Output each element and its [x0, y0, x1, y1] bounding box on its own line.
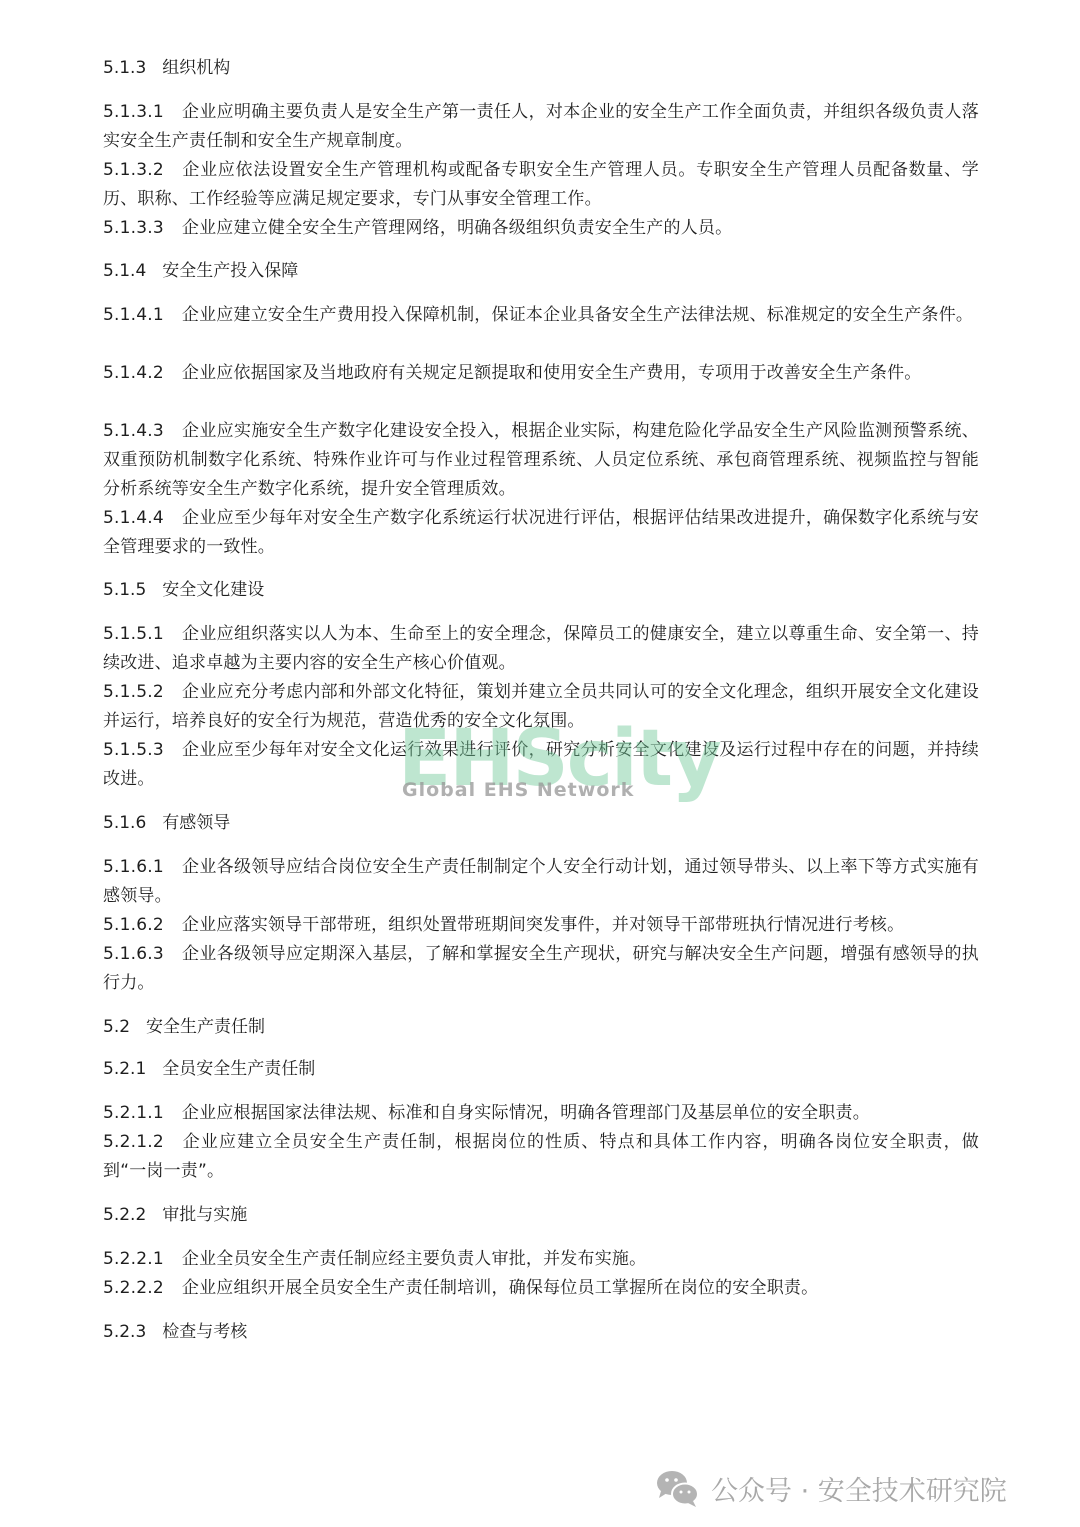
section-title: 审批与实施: [162, 1205, 247, 1225]
clause-text: 企业应明确主要负责人是安全生产第一责任人，对本企业的安全生产工作全面负责，并组织…: [103, 102, 979, 151]
clause-text: 企业应组织开展全员安全生产责任制培训，确保每位员工掌握所在岗位的安全职责。: [182, 1278, 818, 1298]
clause: 5.2.1.1企业应根据国家法律法规、标准和自身实际情况，明确各管理部门及基层单…: [103, 1099, 979, 1128]
clause-number: 5.1.6.1: [103, 857, 164, 877]
clause: 5.1.6.3企业各级领导应定期深入基层，了解和掌握安全生产现状，研究与解决安全…: [103, 940, 979, 998]
section-number: 5.1.5: [103, 578, 146, 602]
clause-number: 5.1.4.4: [103, 508, 164, 528]
section-heading: 5.2安全生产责任制: [103, 1015, 265, 1039]
clause: 5.1.4.2企业应依据国家及当地政府有关规定足额提取和使用安全生产费用，专项用…: [103, 359, 979, 388]
clause-text: 企业应落实领导干部带班，组织处置带班期间突发事件，并对领导干部带班执行情况进行考…: [182, 915, 904, 935]
clause: 5.1.3.2企业应依法设置安全生产管理机构或配备专职安全生产管理人员。专职安全…: [103, 156, 979, 214]
clause: 5.1.4.3企业应实施安全生产数字化建设安全投入，根据企业实际，构建危险化学品…: [103, 417, 979, 504]
clause: 5.1.4.4企业应至少每年对安全生产数字化系统运行状况进行评估，根据评估结果改…: [103, 504, 979, 562]
clause: 5.1.4.1企业应建立安全生产费用投入保障机制，保证本企业具备安全生产法律法规…: [103, 301, 979, 330]
clause-number: 5.1.5.2: [103, 682, 164, 702]
clause-text: 企业应充分考虑内部和外部文化特征，策划并建立全员共同认可的安全文化理念，组织开展…: [103, 682, 979, 731]
clause: 5.1.6.1企业各级领导应结合岗位安全生产责任制制定个人安全行动计划，通过领导…: [103, 853, 979, 911]
section-title: 安全文化建设: [162, 580, 264, 600]
section-heading: 5.2.3检查与考核: [103, 1320, 247, 1344]
clause-text: 企业应建立全员安全生产责任制，根据岗位的性质、特点和具体工作内容，明确各岗位安全…: [103, 1132, 979, 1181]
clause-number: 5.1.4.3: [103, 421, 164, 441]
clause: 5.1.3.3企业应建立健全安全生产管理网络，明确各级组织负责安全生产的人员。: [103, 214, 979, 243]
section-title: 检查与考核: [162, 1322, 247, 1342]
clause-text: 企业应组织落实以人为本、生命至上的安全理念，保障员工的健康安全，建立以尊重生命、…: [103, 624, 979, 673]
section-title: 安全生产责任制: [146, 1017, 265, 1037]
clause-number: 5.1.5.3: [103, 740, 164, 760]
clause: 5.1.5.2企业应充分考虑内部和外部文化特征，策划并建立全员共同认可的安全文化…: [103, 678, 979, 736]
section-title: 安全生产投入保障: [162, 261, 298, 281]
clause: 5.1.5.3企业应至少每年对安全文化运行效果进行评价，研究分析安全文化建设及运…: [103, 736, 979, 794]
section-heading: 5.2.2审批与实施: [103, 1203, 247, 1227]
section-heading: 5.1.4安全生产投入保障: [103, 259, 298, 283]
section-title: 有感领导: [162, 813, 230, 833]
section-heading: 5.1.5安全文化建设: [103, 578, 264, 602]
section-heading: 5.1.3组织机构: [103, 56, 230, 80]
section-number: 5.2.2: [103, 1203, 146, 1227]
section-number: 5.1.6: [103, 811, 146, 835]
clause: 5.2.1.2企业应建立全员安全生产责任制，根据岗位的性质、特点和具体工作内容，…: [103, 1128, 979, 1186]
clause-number: 5.1.3.1: [103, 102, 164, 122]
clause-text: 企业应建立安全生产费用投入保障机制，保证本企业具备安全生产法律法规、标准规定的安…: [182, 305, 973, 325]
clause-number: 5.1.6.2: [103, 915, 164, 935]
clause-text: 企业应根据国家法律法规、标准和自身实际情况，明确各管理部门及基层单位的安全职责。: [182, 1103, 870, 1123]
clause-text: 企业各级领导应定期深入基层，了解和掌握安全生产现状，研究与解决安全生产问题，增强…: [103, 944, 979, 993]
wechat-icon: [655, 1468, 701, 1508]
clause-number: 5.1.5.1: [103, 624, 164, 644]
clause-number: 5.2.1.1: [103, 1103, 164, 1123]
clause-text: 企业应依法设置安全生产管理机构或配备专职安全生产管理人员。专职安全生产管理人员配…: [103, 160, 979, 209]
section-heading: 5.1.6有感领导: [103, 811, 230, 835]
clause-text: 企业全员安全生产责任制应经主要负责人审批，并发布实施。: [182, 1249, 646, 1269]
clause-number: 5.1.6.3: [103, 944, 164, 964]
section-number: 5.2.1: [103, 1057, 146, 1081]
clause-number: 5.2.2.2: [103, 1278, 164, 1298]
section-number: 5.2.3: [103, 1320, 146, 1344]
clause-text: 企业应至少每年对安全文化运行效果进行评价，研究分析安全文化建设及运行过程中存在的…: [103, 740, 979, 789]
clause-number: 5.1.4.1: [103, 305, 164, 325]
clause-number: 5.1.3.2: [103, 160, 164, 180]
section-number: 5.1.4: [103, 259, 146, 283]
section-number: 5.2: [103, 1015, 130, 1039]
clause-text: 企业应实施安全生产数字化建设安全投入，根据企业实际，构建危险化学品安全生产风险监…: [103, 421, 979, 499]
clause-text: 企业应至少每年对安全生产数字化系统运行状况进行评估，根据评估结果改进提升，确保数…: [103, 508, 979, 557]
clause: 5.2.2.1企业全员安全生产责任制应经主要负责人审批，并发布实施。: [103, 1245, 979, 1274]
clause: 5.2.2.2企业应组织开展全员安全生产责任制培训，确保每位员工掌握所在岗位的安…: [103, 1274, 979, 1303]
footer-account-label: 公众号 · 安全技术研究院: [711, 1469, 1007, 1508]
section-title: 全员安全生产责任制: [162, 1059, 315, 1079]
clause-number: 5.2.1.2: [103, 1132, 164, 1152]
clause: 5.1.3.1企业应明确主要负责人是安全生产第一责任人，对本企业的安全生产工作全…: [103, 98, 979, 156]
clause-text: 企业应依据国家及当地政府有关规定足额提取和使用安全生产费用，专项用于改善安全生产…: [182, 363, 922, 383]
section-title: 组织机构: [162, 58, 230, 78]
clause: 5.1.5.1企业应组织落实以人为本、生命至上的安全理念，保障员工的健康安全，建…: [103, 620, 979, 678]
clause-number: 5.1.4.2: [103, 363, 164, 383]
clause-text: 企业各级领导应结合岗位安全生产责任制制定个人安全行动计划，通过领导带头、以上率下…: [103, 857, 979, 906]
wechat-account-footer: 公众号 · 安全技术研究院: [655, 1468, 1007, 1508]
clause: 5.1.6.2企业应落实领导干部带班，组织处置带班期间突发事件，并对领导干部带班…: [103, 911, 979, 940]
section-heading: 5.2.1全员安全生产责任制: [103, 1057, 315, 1081]
section-number: 5.1.3: [103, 56, 146, 80]
clause-number: 5.1.3.3: [103, 218, 164, 238]
clause-text: 企业应建立健全安全生产管理网络，明确各级组织负责安全生产的人员。: [182, 218, 732, 238]
clause-number: 5.2.2.1: [103, 1249, 164, 1269]
